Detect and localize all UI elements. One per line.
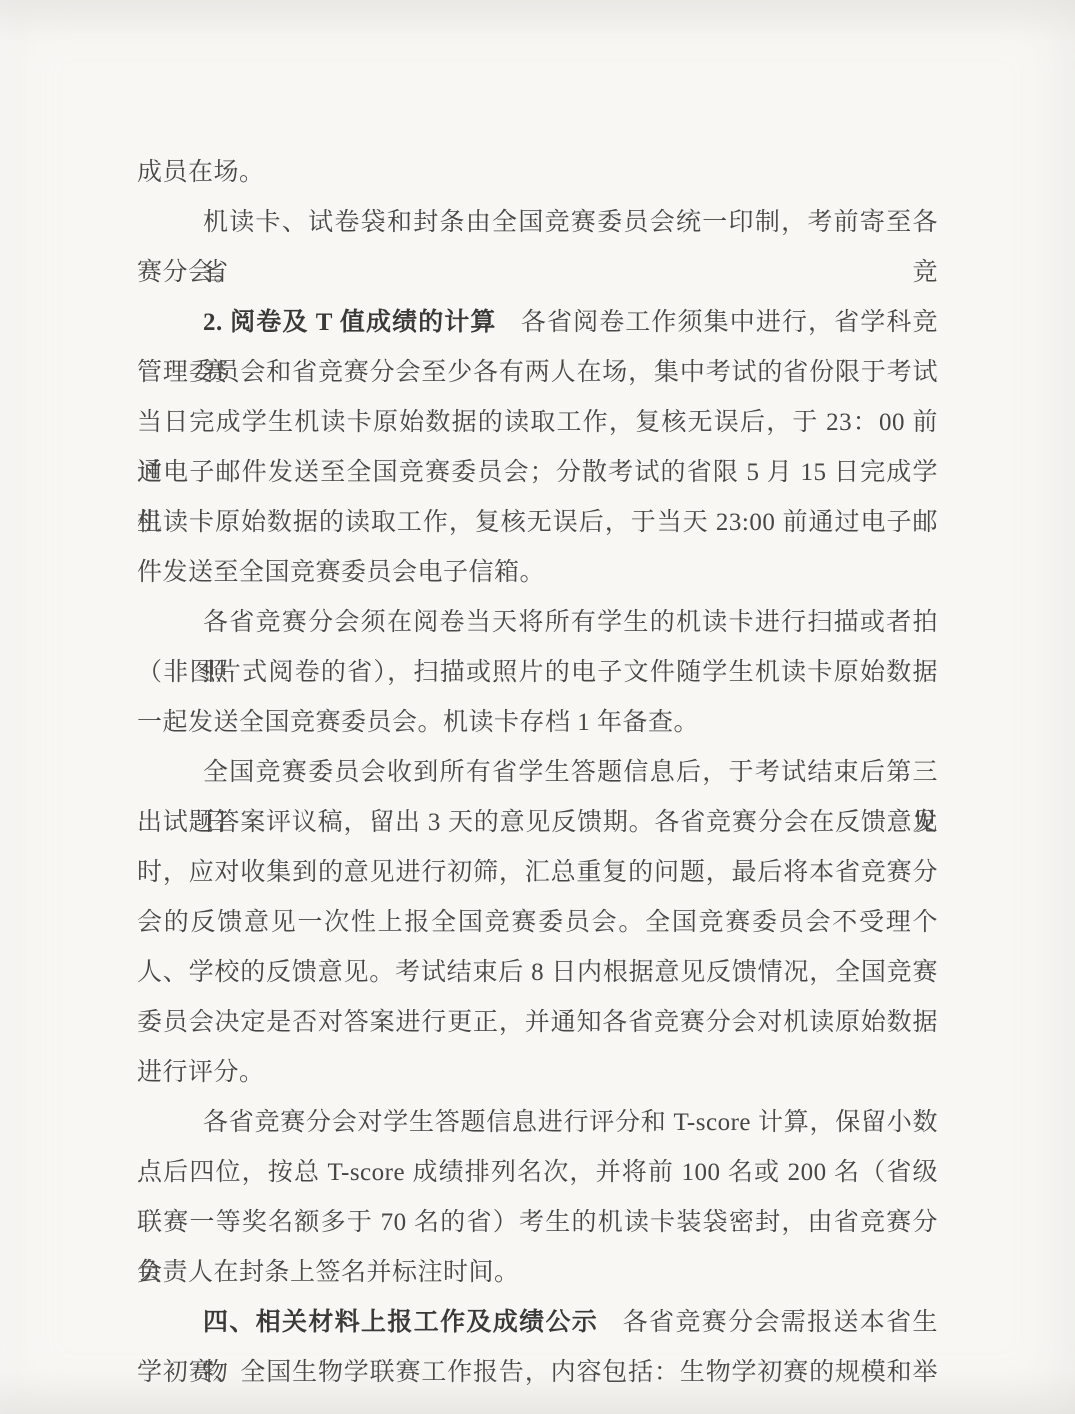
text-line: 进行评分。 <box>137 1048 938 1098</box>
text-line: 各省竞赛分会须在阅卷当天将所有学生的机读卡进行扫描或者拍照 <box>137 598 938 648</box>
document-page: 成员在场。机读卡、试卷袋和封条由全国竞赛委员会统一印制，考前寄至各省竞赛分会。2… <box>0 0 1075 1414</box>
text-line: 学初赛、全国生物学联赛工作报告，内容包括：生物学初赛的规模和举 <box>137 1348 938 1398</box>
text-line: 管理委员会和省竞赛分会至少各有两人在场，集中考试的省份限于考试 <box>137 348 938 398</box>
text-line: （非图片式阅卷的省），扫描或照片的电子文件随学生机读卡原始数据 <box>137 648 938 698</box>
text-line: 全国竞赛委员会收到所有省学生答题信息后，于考试结束后第三日发 <box>137 748 938 798</box>
text-line: 机读卡原始数据的读取工作，复核无误后，于当天 23:00 前通过电子邮 <box>137 498 938 548</box>
text-line: 出试题答案评议稿，留出 3 天的意见反馈期。各省竞赛分会在反馈意见 <box>137 798 938 848</box>
text-line: 点后四位，按总 T-score 成绩排列名次，并将前 100 名或 200 名（… <box>137 1148 938 1198</box>
section-heading-run: 2. 阅卷及 T 值成绩的计算 <box>203 309 497 336</box>
text-line: 委员会决定是否对答案进行更正，并通知各省竞赛分会对机读原始数据 <box>137 998 938 1048</box>
text-line: 各省竞赛分会对学生答题信息进行评分和 T-score 计算，保留小数 <box>137 1098 938 1148</box>
section-heading-run: 四、相关材料上报工作及成绩公示 <box>203 1309 598 1336</box>
text-line: 时，应对收集到的意见进行初筛，汇总重复的问题，最后将本省竞赛分 <box>137 848 938 898</box>
text-line: 成员在场。 <box>137 148 938 198</box>
text-line: 当日完成学生机读卡原始数据的读取工作，复核无误后，于 23：00 前通 <box>137 398 938 448</box>
text-line: 联赛一等奖名额多于 70 名的省）考生的机读卡装袋密封，由省竞赛分会 <box>137 1198 938 1248</box>
text-line: 负责人在封条上签名并标注时间。 <box>137 1248 938 1298</box>
document-text-block: 成员在场。机读卡、试卷袋和封条由全国竞赛委员会统一印制，考前寄至各省竞赛分会。2… <box>137 148 938 1398</box>
text-line: 四、相关材料上报工作及成绩公示各省竞赛分会需报送本省生物 <box>137 1298 938 1348</box>
text-line: 会的反馈意见一次性上报全国竞赛委员会。全国竞赛委员会不受理个 <box>137 898 938 948</box>
text-line: 2. 阅卷及 T 值成绩的计算各省阅卷工作须集中进行，省学科竞赛 <box>137 298 938 348</box>
text-line: 件发送至全国竞赛委员会电子信箱。 <box>137 548 938 598</box>
text-line: 过电子邮件发送至全国竞赛委员会；分散考试的省限 5 月 15 日完成学生 <box>137 448 938 498</box>
text-line: 机读卡、试卷袋和封条由全国竞赛委员会统一印制，考前寄至各省竞 <box>137 198 938 248</box>
text-line: 人、学校的反馈意见。考试结束后 8 日内根据意见反馈情况，全国竞赛 <box>137 948 938 998</box>
text-line: 一起发送全国竞赛委员会。机读卡存档 1 年备查。 <box>137 698 938 748</box>
